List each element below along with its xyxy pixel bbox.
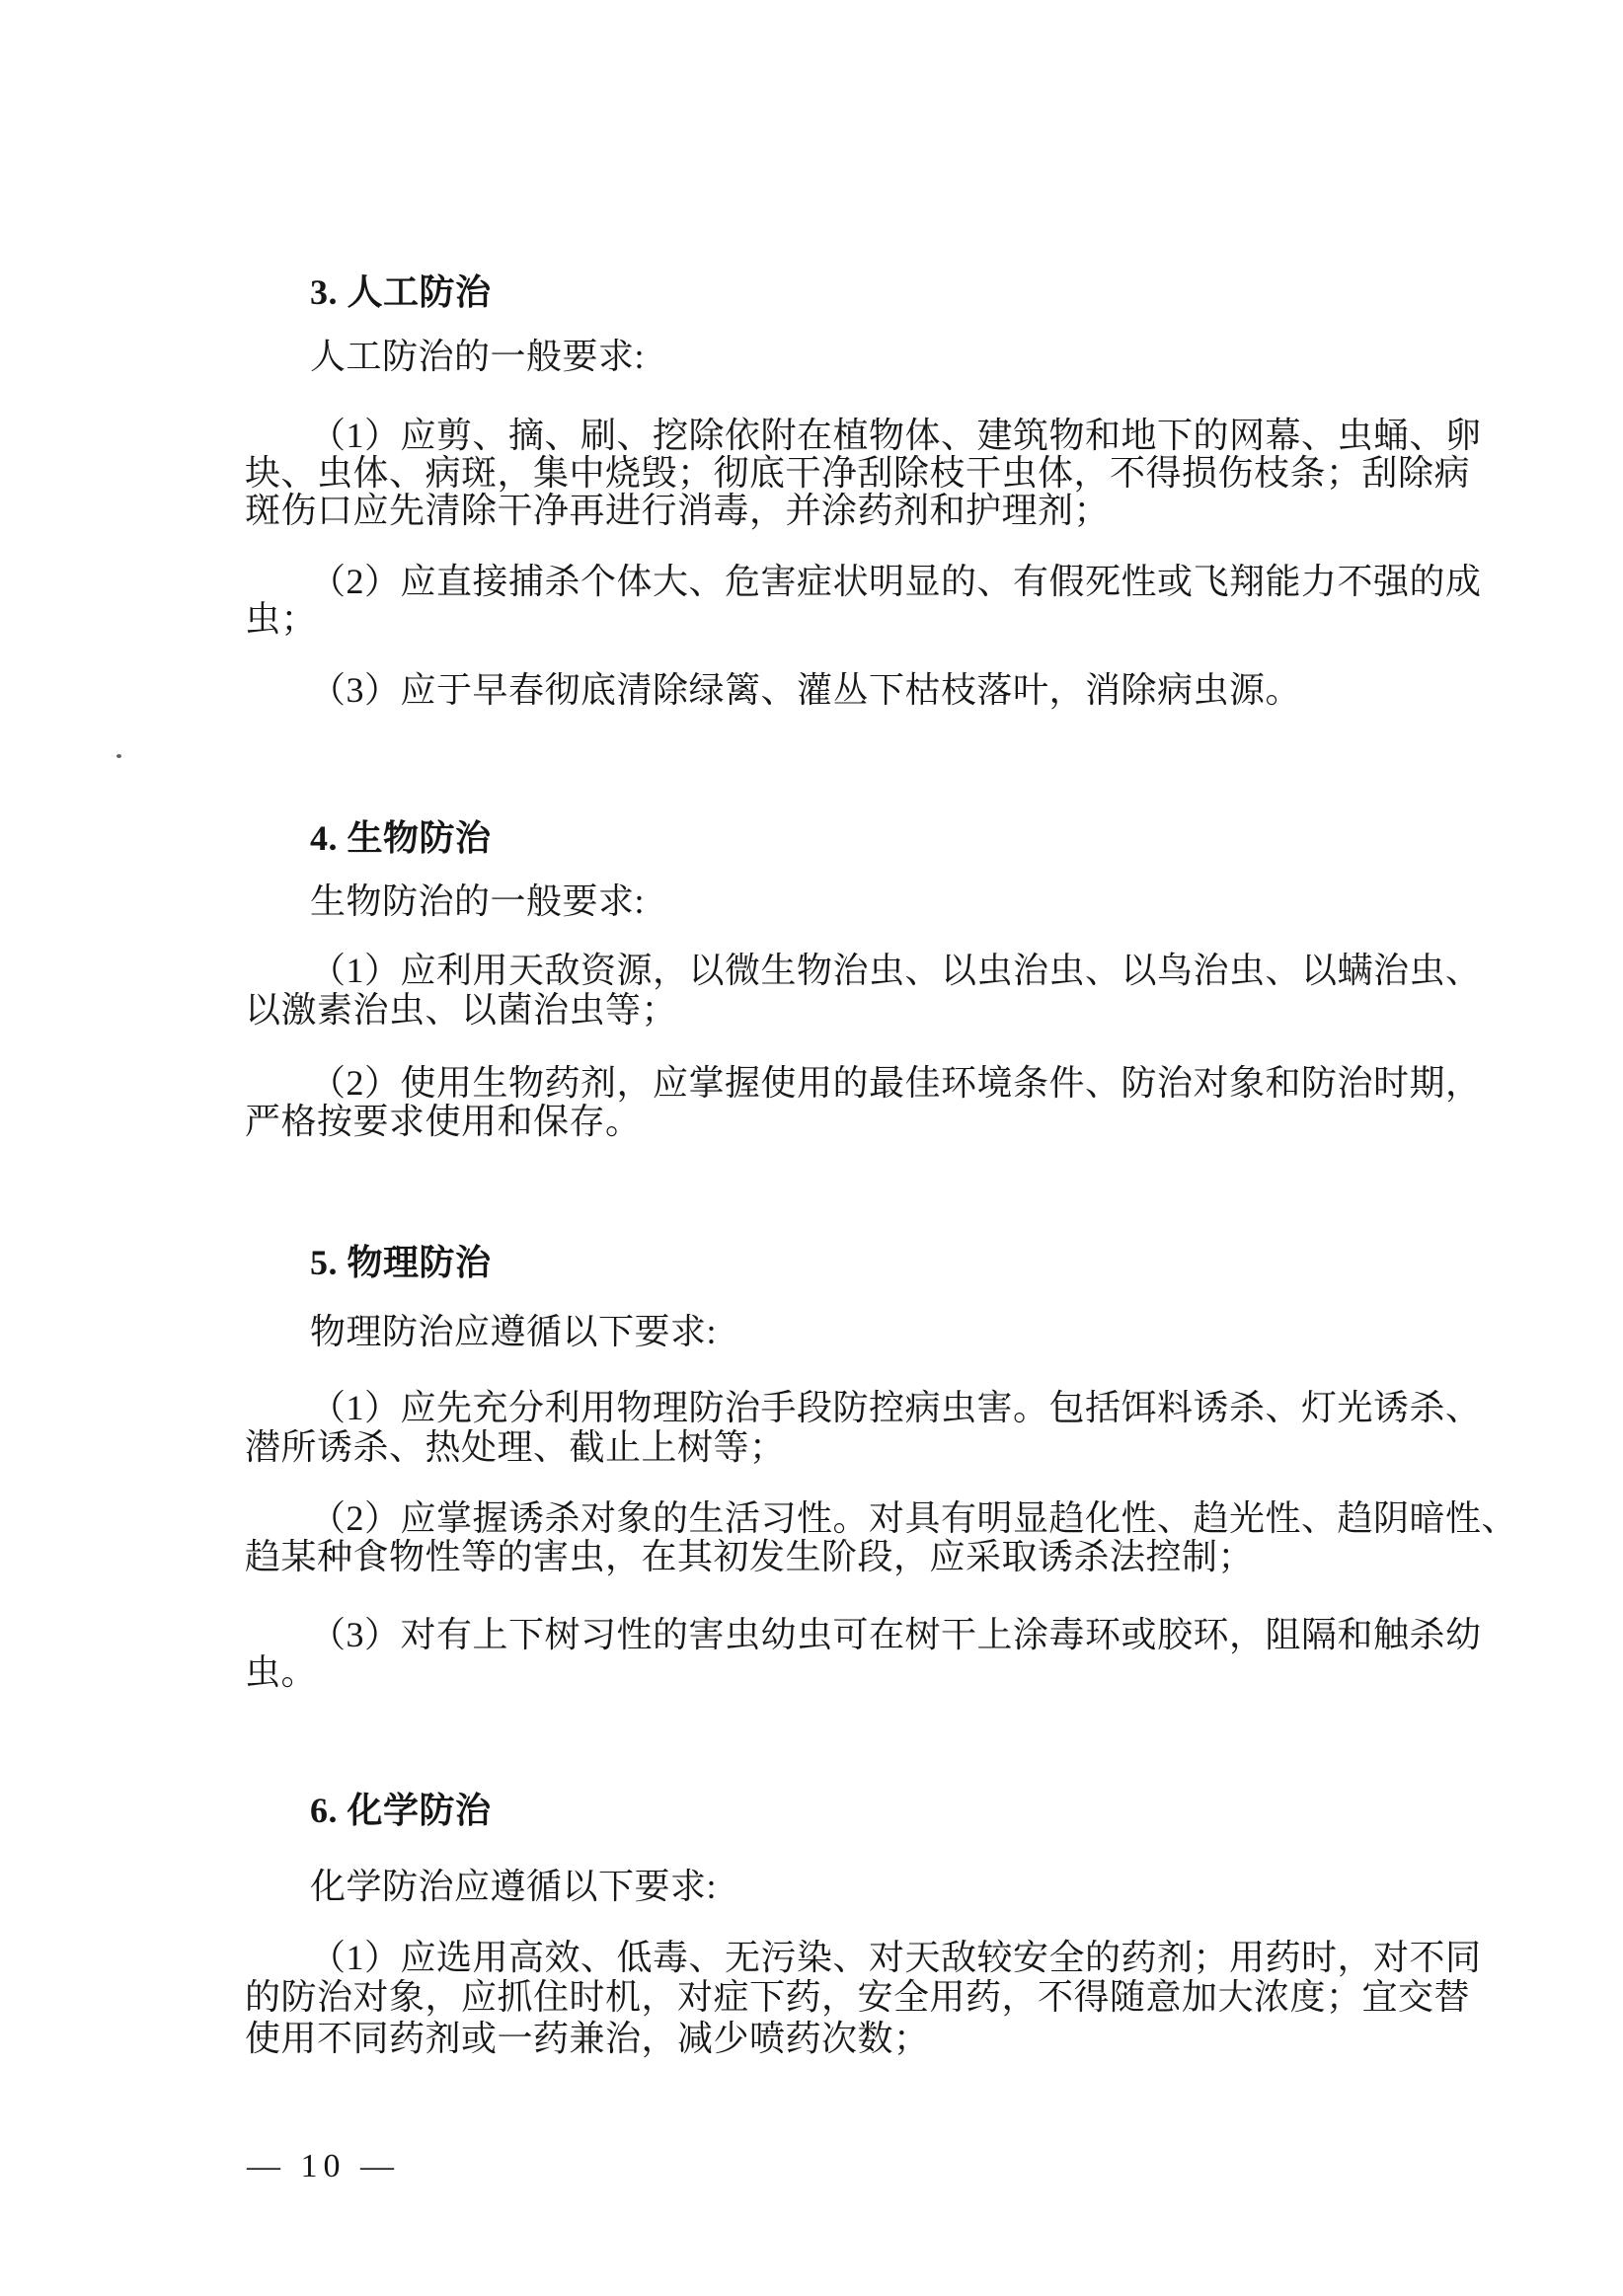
ink-speck (116, 754, 121, 758)
section-6-para-1-line-1: （1）应选用高效、低毒、无污染、对天敌较安全的药剂；用药时，对不同 (310, 1938, 1482, 1977)
section-3-para-1-line-3: 斑伤口应先清除干净再进行消毒，并涂药剂和护理剂； (245, 491, 1110, 530)
section-4-para-2-line-1: （2）使用生物药剂，应掌握使用的最佳环境条件、防治对象和防治时期， (310, 1063, 1482, 1103)
section-4-intro: 生物防治的一般要求: (310, 881, 645, 921)
section-4-para-1-line-1: （1）应利用天敌资源，以微生物治虫、以虫治虫、以鸟治虫、以螨治虫、 (310, 951, 1482, 990)
section-5-para-1-line-2: 潜所诱杀、热处理、截止上树等； (245, 1427, 786, 1467)
section-4-para-2-line-2: 严格按要求使用和保存。 (245, 1102, 642, 1141)
section-3-para-1-line-2: 块、虫体、病斑，集中烧毁；彻底干净刮除枝干虫体，不得损伤枝条；刮除病 (245, 453, 1470, 493)
section-6-para-1-line-2: 的防治对象，应抓住时机，对症下药，安全用药，不得随意加大浓度；宜交替 (245, 1977, 1470, 2017)
page-number: — 10 — (247, 2148, 400, 2185)
section-5-para-1-line-1: （1）应先充分利用物理防治手段防控病虫害。包括饵料诱杀、灯光诱杀、 (310, 1388, 1482, 1427)
section-3-para-3-line-1: （3）应于早春彻底清除绿篱、灌丛下枯枝落叶，消除病虫源。 (310, 670, 1301, 710)
section-5-heading: 5. 物理防治 (310, 1243, 492, 1282)
section-6-heading: 6. 化学防治 (310, 1791, 492, 1830)
section-4-heading: 4. 生物防治 (310, 818, 492, 858)
section-5-para-3-line-2: 虫。 (245, 1652, 317, 1692)
section-3-para-2-line-1: （2）应直接捕杀个体大、危害症状明显的、有假死性或飞翔能力不强的成 (310, 562, 1482, 601)
section-3-intro: 人工防治的一般要求: (310, 337, 645, 376)
document-page: 3. 人工防治 人工防治的一般要求: （1）应剪、摘、刷、挖除依附在植物体、建筑… (0, 0, 1623, 2296)
section-4-para-1-line-2: 以激素治虫、以菌治虫等； (245, 990, 677, 1030)
section-5-intro: 物理防治应遵循以下要求: (310, 1312, 717, 1351)
section-3-heading: 3. 人工防治 (310, 272, 492, 312)
section-3-para-1-line-1: （1）应剪、摘、刷、挖除依附在植物体、建筑物和地下的网幕、虫蛹、卵 (310, 416, 1482, 455)
section-5-para-2-line-1: （2）应掌握诱杀对象的生活习性。对具有明显趋化性、趋光性、趋阴暗性、 (310, 1498, 1517, 1538)
section-3-para-2-line-2: 虫； (245, 599, 317, 639)
section-5-para-2-line-2: 趋某种食物性等的害虫，在其初发生阶段，应采取诱杀法控制； (245, 1537, 1254, 1576)
section-6-para-1-line-3: 使用不同药剂或一药兼治，减少喷药次数； (245, 2019, 930, 2058)
section-6-intro: 化学防治应遵循以下要求: (310, 1867, 717, 1906)
section-5-para-3-line-1: （3）对有上下树习性的害虫幼虫可在树干上涂毒环或胶环，阻隔和触杀幼 (310, 1615, 1482, 1654)
